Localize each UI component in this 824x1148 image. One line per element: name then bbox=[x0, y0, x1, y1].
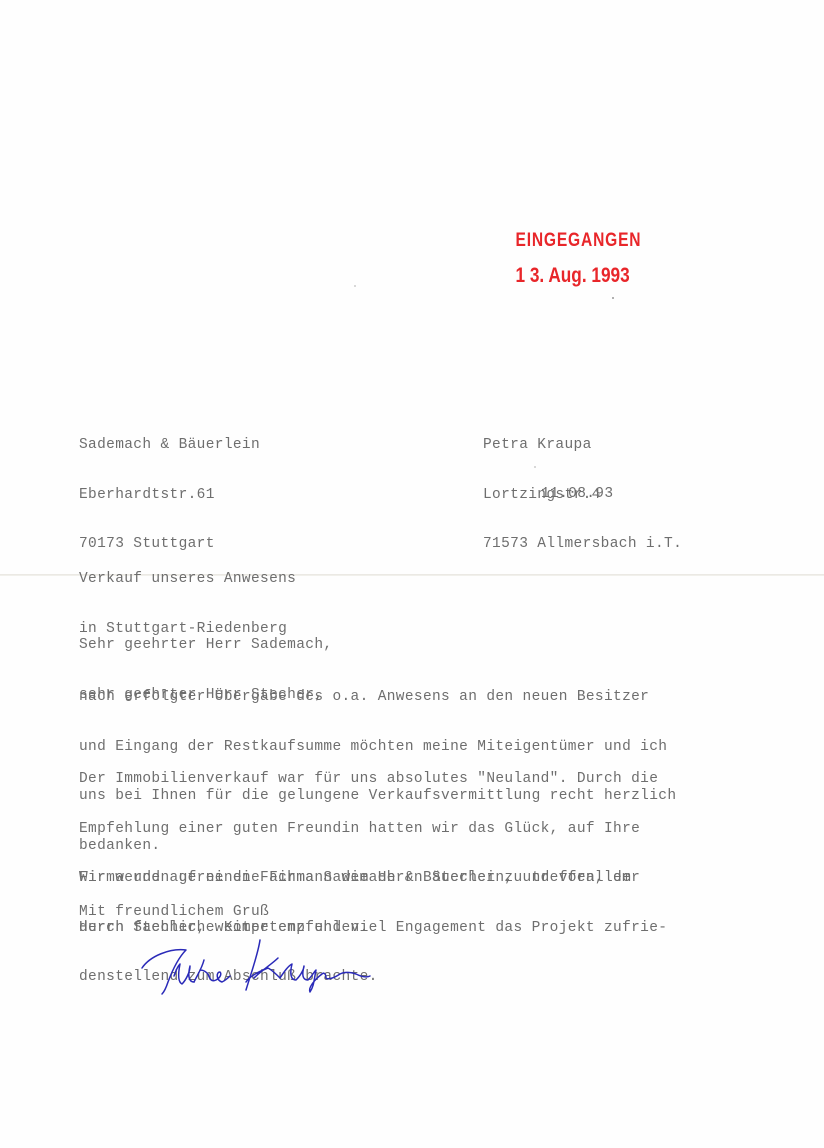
body-line: nach erfolgter Übergabe des o.a. Anwesen… bbox=[79, 689, 676, 706]
recipient-line: Petra Kraupa bbox=[483, 437, 682, 454]
body-line: Der Immobilienverkauf war für uns absolu… bbox=[79, 771, 667, 788]
stamp-date: 1 3. Aug. 1993 bbox=[515, 264, 629, 288]
body-line: Wir werden gerne die Firma Sademach & Bä… bbox=[79, 870, 631, 887]
letter-date: 11.08.93 bbox=[541, 486, 613, 503]
sender-line: Eberhardtstr.61 bbox=[79, 487, 260, 504]
body-line: Empfehlung einer guten Freundin hatten w… bbox=[79, 821, 667, 838]
salutation-line: Sehr geehrter Herr Sademach, bbox=[79, 637, 332, 654]
handwritten-signature bbox=[130, 930, 390, 1005]
speck bbox=[612, 297, 614, 299]
signature-icon bbox=[130, 930, 390, 1000]
recipient-line: 71573 Allmersbach i.T. bbox=[483, 536, 682, 553]
subject-text: Verkauf unseres Anwesens bbox=[79, 571, 296, 588]
stamp-label: EINGEGANGEN bbox=[515, 230, 641, 252]
letter-page: EINGEGANGEN 1 3. Aug. 1993 Sademach & Bä… bbox=[0, 0, 824, 1148]
speck bbox=[354, 285, 356, 287]
sender-line: Sademach & Bäuerlein bbox=[79, 437, 260, 454]
closing: Mit freundlichem Gruß bbox=[79, 904, 269, 921]
